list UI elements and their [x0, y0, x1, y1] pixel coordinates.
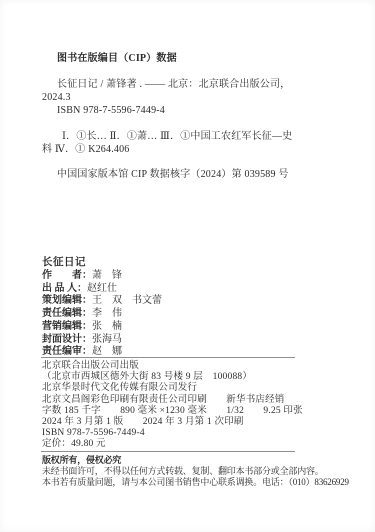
cip-classification-line-2: 料 Ⅳ．① K264.406	[42, 143, 347, 156]
distributor-line: 北京华景时代文化传媒有限公司发行	[42, 383, 355, 394]
credit-name: 萧 锋	[92, 270, 122, 281]
credit-role-label: 责任编辑：	[42, 308, 92, 319]
copyright-line-1: 未经书面许可，不得以任何方式转载、复制、翻印本书部分或全部内容。	[42, 466, 357, 477]
publishing-info-block: 北京联合出版公司出版 （北京市西城区德外大街 83 号楼 9 层 100088）…	[42, 361, 355, 451]
divider-line-bottom	[41, 451, 295, 452]
cip-year-line: 2024.3	[42, 91, 347, 104]
credit-name: 张 楠	[92, 321, 122, 332]
copyright-notice-title: 版权所有，侵权必究	[42, 455, 357, 466]
credit-name: 王 双 书文蕾	[92, 295, 162, 306]
price-line: 定价：49.80 元	[42, 439, 355, 450]
credit-row-producer: 出 品 人：赵红仕	[42, 283, 347, 296]
credit-role-label: 策划编辑：	[42, 295, 92, 306]
cip-data-block: 图书在版编目（CIP）数据 长征日记 / 萧锋著 . —— 北京：北京联合出版公…	[42, 52, 347, 181]
edition-line: 2024 年 3 月第 1 版 2024 年 3 月第 1 次印刷	[42, 417, 355, 428]
credit-row-marketing-editor: 营销编辑：张 楠	[42, 321, 347, 334]
credit-name: 李 伟	[92, 308, 122, 319]
format-line: 字数 185 千字 890 毫米 ×1230 毫米 1/32 9.25 印张	[42, 406, 355, 417]
cip-title-line: 长征日记 / 萧锋著 . —— 北京：北京联合出版公司，	[57, 78, 347, 91]
title-credits-block: 长征日记 作 者：萧 锋 出 品 人：赵红仕 策划编辑：王 双 书文蕾 责任编辑…	[42, 255, 347, 359]
cip-classification-line-1: Ⅰ．①长… Ⅱ．①萧… Ⅲ．①中国工农红军长征—史	[62, 130, 347, 143]
publisher-line: 北京联合出版公司出版	[42, 361, 355, 372]
copyright-line-2: 本书若有质量问题，请与本公司图书销售中心联系调换。电话：（010）8362692…	[42, 477, 357, 488]
copyright-notice-block: 版权所有，侵权必究 未经书面许可，不得以任何方式转载、复制、翻印本书部分或全部内…	[42, 455, 357, 488]
book-copyright-page: 图书在版编目（CIP）数据 长征日记 / 萧锋著 . —— 北京：北京联合出版公…	[0, 0, 375, 532]
credit-name: 赵 娜	[92, 346, 122, 357]
credit-role-label: 封面设计：	[42, 334, 92, 345]
divider-line-top	[41, 357, 295, 358]
credit-role-label: 营销编辑：	[42, 321, 92, 332]
credit-row-planning-editor: 策划编辑：王 双 书文蕾	[42, 295, 347, 308]
credit-name: 赵红仕	[87, 283, 117, 294]
cip-record-number: 中国国家版本馆 CIP 数据核字（2024）第 039589 号	[57, 168, 347, 181]
credit-row-responsible-editor: 责任编辑：李 伟	[42, 308, 347, 321]
credit-row-author: 作 者：萧 锋	[42, 270, 347, 283]
printer-line: 北京文昌阁彩色印刷有限责任公司印刷 新华书店经销	[42, 395, 355, 406]
credit-role-label: 出 品 人：	[42, 283, 87, 294]
cip-isbn-line: ISBN 978-7-5596-7449-4	[57, 104, 347, 117]
credit-name: 张海马	[92, 334, 122, 345]
cip-header: 图书在版编目（CIP）数据	[57, 52, 347, 65]
credit-role-label: 作 者：	[42, 270, 92, 281]
isbn-line: ISBN 978-7-5596-7449-4	[42, 428, 355, 439]
book-title: 长征日记	[42, 255, 347, 270]
publisher-address-line: （北京市西城区德外大街 83 号楼 9 层 100088）	[42, 372, 355, 383]
credit-role-label: 责任编审：	[42, 346, 92, 357]
credit-row-cover-designer: 封面设计：张海马	[42, 334, 347, 347]
